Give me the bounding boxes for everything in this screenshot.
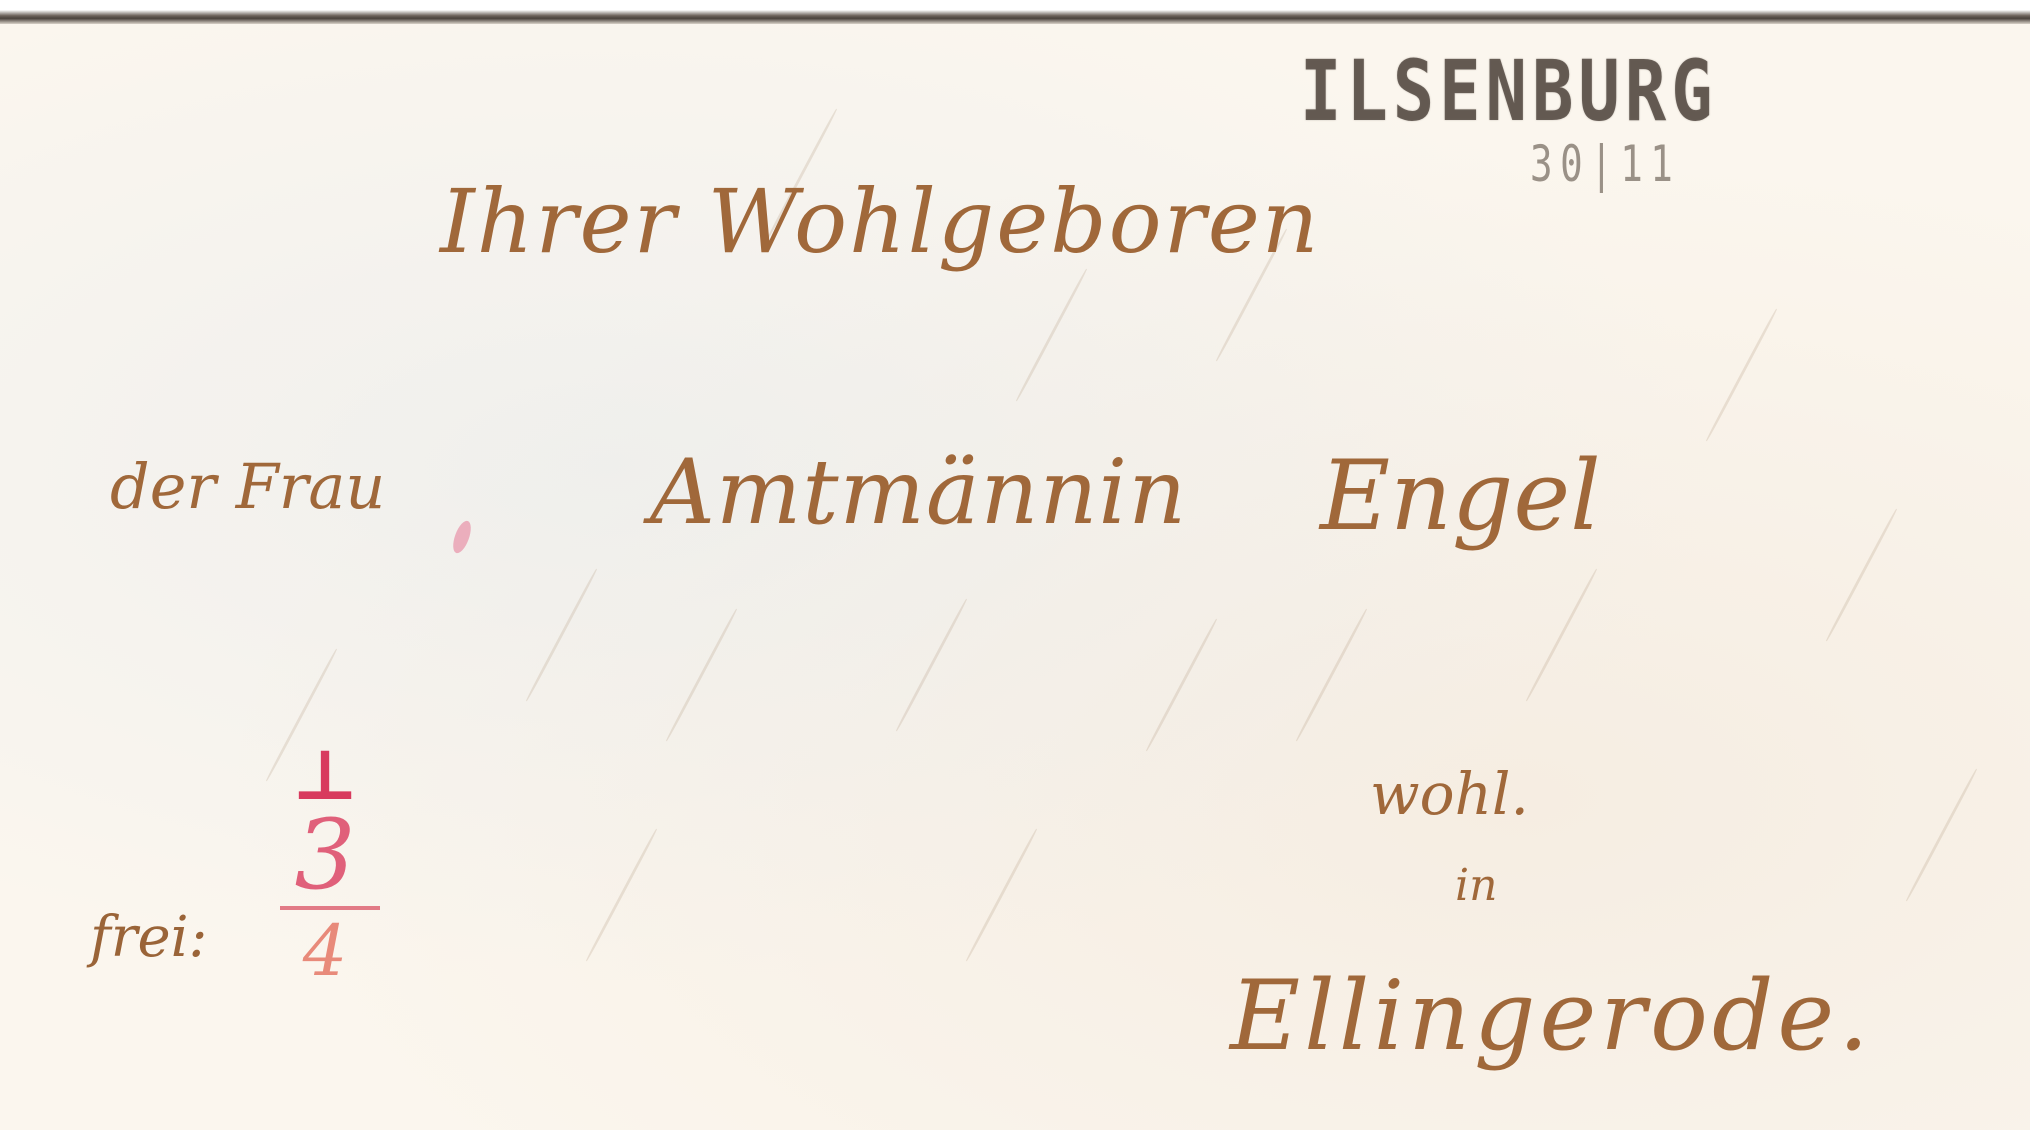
address-destination: Ellingerode. xyxy=(1230,960,1873,1072)
address-surname: Engel xyxy=(1320,440,1601,552)
address-prefix: der Frau xyxy=(110,450,385,523)
top-fold-edge xyxy=(0,10,2030,24)
postmark-date: 30|11 xyxy=(1530,135,1680,193)
address-note: wohl. xyxy=(1370,760,1529,828)
envelope: ILSENBURG 30|11 Ihrer Wohlgeboren der Fr… xyxy=(0,0,2041,1130)
franking-rate-mark: ⊥ 3 4 xyxy=(270,740,380,1020)
top-margin xyxy=(0,0,2041,10)
franking-denominator: 4 xyxy=(270,916,380,986)
franking-label: frei: xyxy=(90,905,207,970)
address-preposition: in xyxy=(1455,860,1497,911)
address-salutation: Ihrer Wohlgeboren xyxy=(440,170,1320,273)
address-title: Amtmännin xyxy=(650,440,1187,545)
franking-numerator: 3 xyxy=(270,810,380,900)
right-margin xyxy=(2030,0,2041,1130)
postmark-town: ILSENBURG xyxy=(1300,42,1718,140)
